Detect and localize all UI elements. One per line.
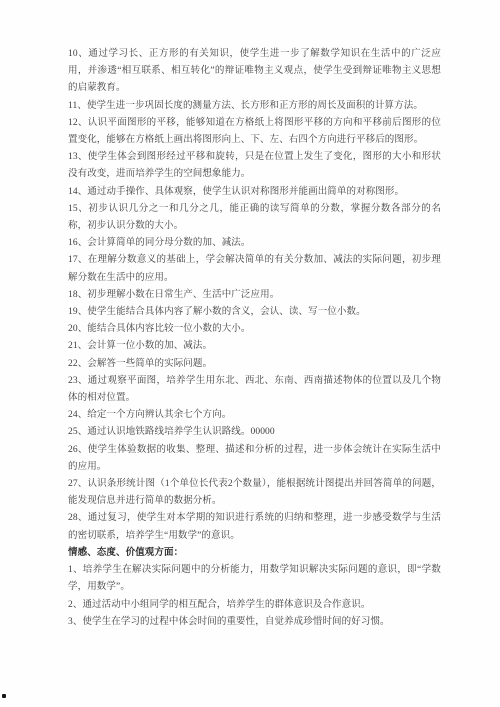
objectives-list: 10、通过学习长、正方形的有关知识，使学生进一步了解数学知识在生活中的广泛应用，… (68, 46, 441, 545)
objective-item: 25、通过认识地铁路线培养学生认识路线。00000 (68, 424, 441, 441)
objective-item: 26、使学生体验数据的收集、整理、描述和分析的过程，进一步体会统计在实际生活中的… (68, 442, 441, 476)
scan-artifact-dot (2, 694, 6, 698)
objective-item: 16、会计算简单的同分母分数的加、减法。 (68, 235, 441, 252)
affect-value-item: 3、使学生在学习的过程中体会时间的重要性，自觉养成珍惜时间的好习惯。 (68, 614, 441, 631)
objective-item: 15、初步认识几分之一和几分之几，能正确的读写简单的分数，掌握分数各部分的名称，… (68, 201, 441, 235)
objective-item: 22、会解答一些简单的实际问题。 (68, 356, 441, 373)
objective-item: 28、通过复习，使学生对本学期的知识进行系统的归纳和整理，进一步感受数学与生活的… (68, 510, 441, 544)
objective-item: 14、通过动手操作、具体观察，使学生认识对称图形并能画出简单的对称图形。 (68, 184, 441, 201)
objective-item: 23、通过观察平面图，培养学生用东北、西北、东南、西南描述物体的位置以及几个物体… (68, 373, 441, 407)
objective-item: 21、会计算一位小数的加、减法。 (68, 338, 441, 355)
objective-item: 10、通过学习长、正方形的有关知识，使学生进一步了解数学知识在生活中的广泛应用，… (68, 46, 441, 98)
objective-item: 17、在理解分数意义的基础上，学会解决简单的有关分数加、减法的实际问题，初步理解… (68, 252, 441, 286)
objective-item: 11、使学生进一步巩固长度的测量方法、长方形和正方形的周长及面积的计算方法。 (68, 98, 441, 115)
section-header-affect-values: 情感、态度、价值观方面： (68, 545, 441, 562)
document-page: 10、通过学习长、正方形的有关知识，使学生进一步了解数学知识在生活中的广泛应用，… (0, 0, 500, 707)
affect-value-item: 1、培养学生在解决实际问题中的分析能力，用数学知识解决实际问题的意识，即“学数学… (68, 562, 441, 596)
objective-item: 27、认识条形统计图（1个单位长代表2个数量），能根据统计图提出并回答简单的问题… (68, 476, 441, 510)
document-content: 10、通过学习长、正方形的有关知识，使学生进一步了解数学知识在生活中的广泛应用，… (68, 46, 441, 631)
objective-item: 24、给定一个方向辨认其余七个方向。 (68, 407, 441, 424)
objective-item: 19、使学生能结合具体内容了解小数的含义，会认、读、写一位小数。 (68, 304, 441, 321)
objective-item: 20、能结合具体内容比较一位小数的大小。 (68, 321, 441, 338)
affect-values-list: 1、培养学生在解决实际问题中的分析能力，用数学知识解决实际问题的意识，即“学数学… (68, 562, 441, 631)
affect-value-item: 2、通过活动中小组同学的相互配合，培养学生的群体意识及合作意识。 (68, 597, 441, 614)
objective-item: 18、初步理解小数在日常生产、生活中广泛应用。 (68, 287, 441, 304)
objective-item: 13、使学生体会到图形经过平移和旋转，只是在位置上发生了变化，图形的大小和形状没… (68, 149, 441, 183)
objective-item: 12、认识平面图形的平移，能够知道在方格纸上将图形平移的方向和平移前后图形的位置… (68, 115, 441, 149)
